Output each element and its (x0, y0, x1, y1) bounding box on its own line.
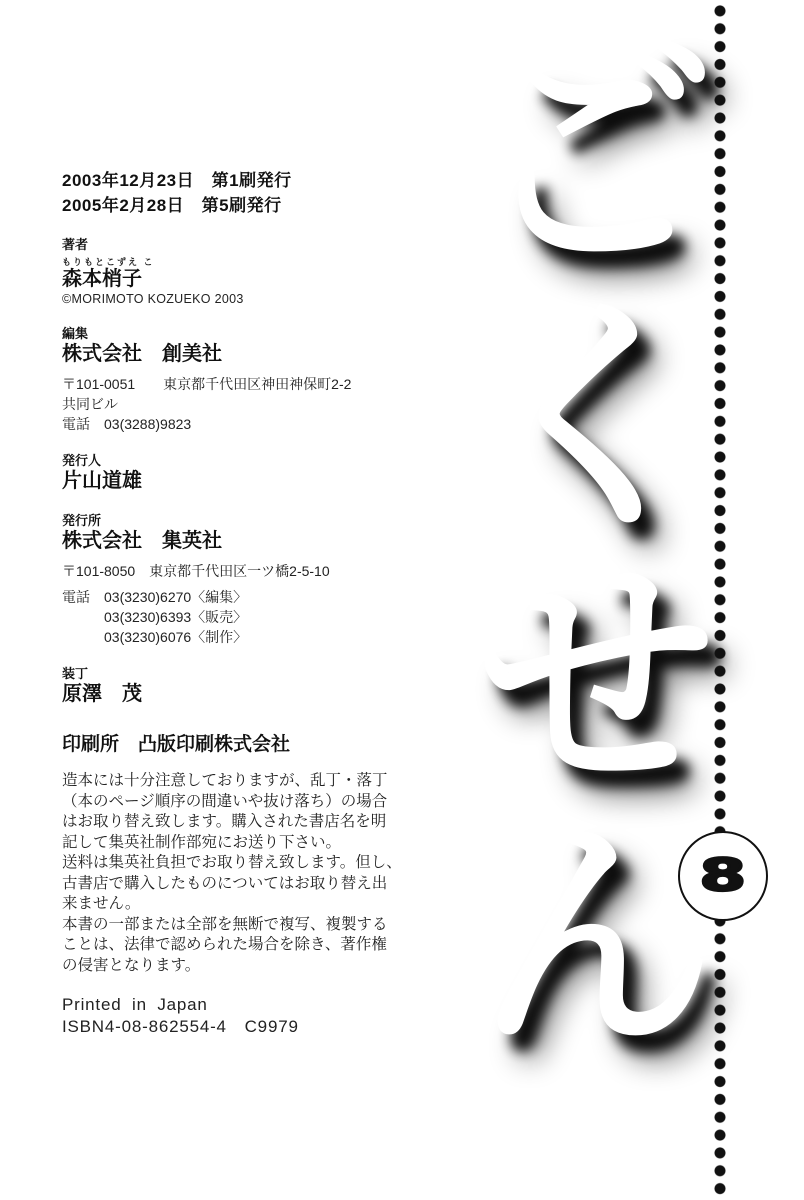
publisher-phone-editing: 03(3230)6270〈編集〉 (104, 587, 247, 607)
printer-line: 印刷所 凸版印刷株式会社 (62, 733, 437, 757)
copyright-line: ©MORIMOTO KOZUEKO 2003 (62, 292, 437, 307)
publisher-address: 〒101-8050 東京都千代田区一ツ橋2-5-10 (62, 561, 437, 581)
printing-history: 2003年12月23日 第1刷発行 2005年2月28日 第5刷発行 (62, 168, 437, 218)
printing-date-fifth-edition: 2005年2月28日 第5刷発行 (62, 193, 437, 218)
binding-dotted-line (714, 2, 726, 1200)
publisher-phones: 電話 03(3230)6270〈編集〉 03(3230)6393〈販売〉 03(… (62, 587, 437, 647)
designer-name: 原澤 茂 (62, 682, 437, 707)
editor-address-line2: 共同ビル (62, 394, 437, 414)
author-furigana: もりもとこずえ こ (62, 257, 437, 267)
volume-number: 8 (700, 854, 747, 898)
editor-phone: 電話 03(3288)9823 (62, 414, 437, 434)
isbn-line: ISBN4-08-862554-4 C9979 (62, 1016, 437, 1038)
publisher-person-name: 片山道雄 (62, 469, 437, 494)
publisher-section: 発行所 株式会社 集英社 〒101-8050 東京都千代田区一ツ橋2-5-10 … (62, 512, 437, 647)
notice-line: 古書店で購入したものについてはお取り替え出 (62, 874, 437, 895)
design-label: 装丁 (62, 665, 437, 682)
notice-line: はお取り替え致します。購入された書店名を明 (62, 812, 437, 833)
publisher-phone-sales: 03(3230)6393〈販売〉 (104, 607, 247, 627)
publisher-company-name: 株式会社 集英社 (62, 529, 437, 554)
printing-date-first-edition: 2003年12月23日 第1刷発行 (62, 168, 437, 193)
phone-label: 電話 (62, 587, 104, 607)
editor-address-line1: 〒101-0051 東京都千代田区神田神保町2-2 (62, 374, 437, 394)
volume-badge: 8 (678, 831, 768, 921)
publisher-phone-row-editing: 電話 03(3230)6270〈編集〉 (62, 587, 437, 607)
colophon-page: 2003年12月23日 第1刷発行 2005年2月28日 第5刷発行 著者 もり… (0, 0, 804, 1200)
printed-in-japan: Printed in Japan (62, 994, 437, 1016)
editor-section: 編集 株式会社 創美社 〒101-0051 東京都千代田区神田神保町2-2 共同… (62, 325, 437, 434)
notice-line: 送料は集英社負担でお取り替え致します。但し、 (62, 853, 437, 874)
author-section: 著者 もりもとこずえ こ 森本梢子 ©MORIMOTO KOZUEKO 2003 (62, 236, 437, 307)
notice-line: 来ません。 (62, 894, 437, 915)
author-label: 著者 (62, 236, 437, 253)
notice-line: の侵害となります。 (62, 956, 437, 977)
editor-label: 編集 (62, 325, 437, 342)
publisher-phone-production: 03(3230)6076〈制作〉 (104, 627, 247, 647)
print-info: Printed in Japan ISBN4-08-862554-4 C9979 (62, 994, 437, 1038)
notice-line: （本のページ順序の間違いや抜け落ち）の場合 (62, 792, 437, 813)
notice-line: ことは、法律で認められた場合を除き、著作権 (62, 935, 437, 956)
publisher-phone-row-production: 03(3230)6076〈制作〉 (62, 627, 437, 647)
colophon-text-block: 2003年12月23日 第1刷発行 2005年2月28日 第5刷発行 著者 もり… (62, 168, 437, 1038)
editor-company-name: 株式会社 創美社 (62, 342, 437, 367)
notice-line: 本書の一部または全部を無断で複写、複製する (62, 915, 437, 936)
design-section: 装丁 原澤 茂 (62, 665, 437, 707)
title-calligraphy: ごくせん ごくせん ごくせん (435, 25, 715, 1100)
title-calligraphy-face: ごくせん (435, 25, 715, 1100)
publisher-person-label: 発行人 (62, 452, 437, 469)
legal-notice: 造本には十分注意しておりますが、乱丁・落丁 （本のページ順序の間違いや抜け落ち）… (62, 771, 437, 976)
notice-line: 記して集英社制作部宛にお送り下さい。 (62, 833, 437, 854)
notice-line: 造本には十分注意しておりますが、乱丁・落丁 (62, 771, 437, 792)
author-name: 森本梢子 (62, 267, 437, 292)
publisher-person-section: 発行人 片山道雄 (62, 452, 437, 494)
publisher-phone-row-sales: 03(3230)6393〈販売〉 (62, 607, 437, 627)
publisher-label: 発行所 (62, 512, 437, 529)
